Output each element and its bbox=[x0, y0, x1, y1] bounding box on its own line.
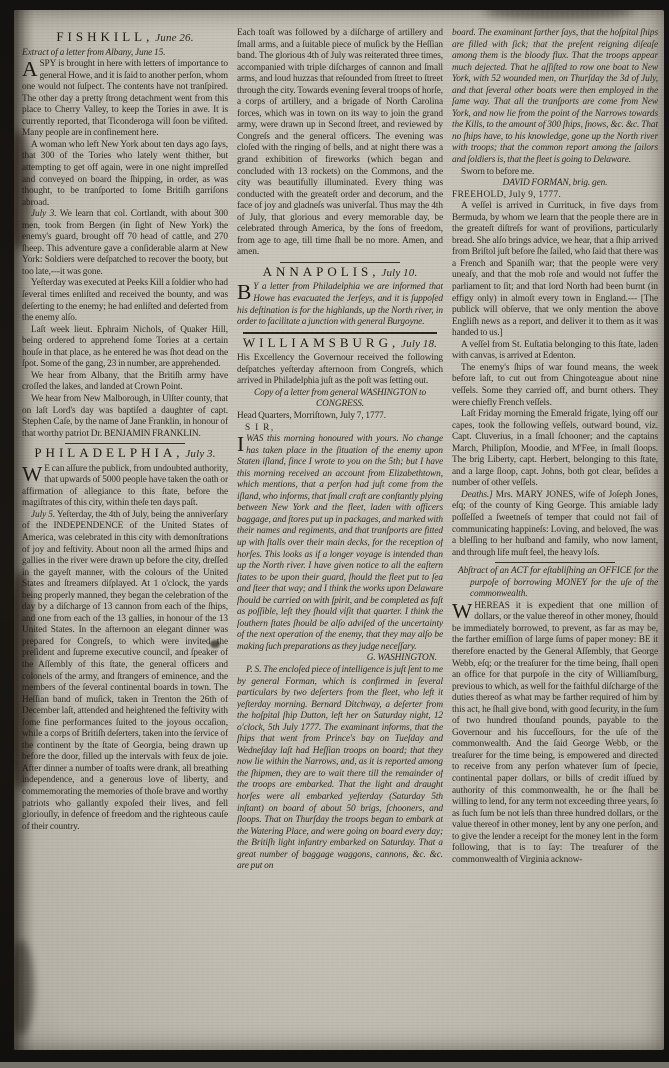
scan-edge bbox=[0, 1062, 669, 1068]
news-paragraph: IWAS this morning honoured with yours. N… bbox=[237, 434, 443, 653]
paragraph-lead: July 3. bbox=[31, 209, 56, 219]
headline-date: July 10. bbox=[381, 267, 417, 279]
paragraph-text: board. The examinant farther ſays, that … bbox=[452, 28, 658, 165]
paragraph-text: Laſt week lieut. Ephraim Nichols, of Qua… bbox=[22, 325, 228, 370]
section-headline: PHILADELPHIA, July 3. bbox=[22, 447, 228, 462]
paragraph-text: We learn that col. Cortlandt, with about… bbox=[22, 209, 228, 277]
section-headline: WILLIAMSBURG, July 18. bbox=[237, 337, 443, 352]
divider-rule bbox=[280, 262, 399, 263]
divider-rule bbox=[495, 562, 614, 563]
headline-place: ANNAPOLIS, bbox=[263, 264, 380, 279]
paragraph-text: Yeſterday was executed at Peeks Kill a ſ… bbox=[22, 278, 228, 323]
paragraph-text: Yeſterday, the 4th of July, being the an… bbox=[22, 510, 228, 832]
paragraph-text: SPY is brought in here with letters of i… bbox=[22, 59, 228, 138]
headline-place: PHILADELPHIA, bbox=[34, 445, 183, 460]
signature: G. WASHINGTON. bbox=[237, 653, 443, 665]
aging-stain bbox=[484, 10, 634, 20]
news-paragraph: board. The examinant farther ſays, that … bbox=[452, 28, 658, 167]
byline: Extract of a letter from Albany, June 15… bbox=[22, 48, 228, 60]
headline-place: FISHKILL, bbox=[56, 29, 153, 44]
news-paragraph: The enemy's ſhips of war found means, th… bbox=[452, 363, 658, 409]
drop-cap: I bbox=[237, 434, 246, 454]
newspaper-page: FISHKILL, June 26.Extract of a letter fr… bbox=[0, 0, 669, 1068]
paragraph-lead: P. S. bbox=[246, 665, 261, 675]
news-paragraph: We hear from New Malborough, in Ulſter c… bbox=[22, 394, 228, 440]
paragraph-text: We hear from Albany, that the Britiſh ar… bbox=[22, 371, 228, 393]
letter-caption: Copy of a letter from general WASHINGTON… bbox=[237, 388, 443, 411]
news-paragraph: WHEREAS it is expedient that one million… bbox=[452, 601, 658, 867]
paragraph-text: A veſſel is arrived in Currituck, in fiv… bbox=[452, 201, 658, 338]
paragraph-text: Mrs. MARY JONES, wife of Joſeph Jones, e… bbox=[452, 490, 658, 558]
headline-date: July 18. bbox=[401, 338, 437, 350]
news-paragraph: His Excellency the Governour received th… bbox=[237, 353, 443, 388]
paragraph-text: The enemy's ſhips of war found means, th… bbox=[452, 363, 658, 408]
paragraph-text: DAVID FORMAN, brig. gen. bbox=[503, 178, 608, 188]
paragraph-lead: Deaths.] bbox=[461, 490, 493, 500]
paragraph-text: Extract of a letter from Albany, June 15… bbox=[22, 48, 165, 58]
paragraph-text: Laſt Friday morning the Emerald frigate,… bbox=[452, 409, 658, 488]
news-paragraph: A woman who left New York about ten days… bbox=[22, 140, 228, 209]
paragraph-text: WAS this morning honoured with yours. No… bbox=[237, 434, 443, 652]
paragraph-text: E can aſſure the publick, from undoubted… bbox=[22, 464, 228, 509]
salutation: S I R, bbox=[237, 423, 443, 435]
drop-cap: B bbox=[237, 282, 253, 302]
news-paragraph: WE can aſſure the publick, from undoubte… bbox=[22, 464, 228, 510]
news-paragraph: Laſt Friday morning the Emerald frigate,… bbox=[452, 409, 658, 490]
column-left: FISHKILL, June 26.Extract of a letter fr… bbox=[22, 28, 228, 1048]
columns-container: FISHKILL, June 26.Extract of a letter fr… bbox=[22, 28, 658, 1048]
column-right: board. The examinant farther ſays, that … bbox=[452, 28, 658, 1048]
drop-cap: W bbox=[452, 601, 474, 621]
paragraph-text: A veſſel from St. Euſtatia belonging to … bbox=[452, 340, 658, 362]
drop-cap: W bbox=[22, 464, 44, 484]
news-paragraph: Deaths.] Mrs. MARY JONES, wife of Joſeph… bbox=[452, 490, 658, 559]
signature: DAVID FORMAN, brig. gen. bbox=[452, 178, 658, 190]
letter-dateline: Head Quarters, Morriſtown, July 7, 1777. bbox=[237, 411, 443, 423]
paper-sheet: FISHKILL, June 26.Extract of a letter fr… bbox=[14, 10, 664, 1050]
news-paragraph: We hear from Albany, that the Britiſh ar… bbox=[22, 371, 228, 394]
column-middle: Each toaſt was followed by a diſcharge o… bbox=[237, 28, 443, 1048]
paragraph-text: We hear from New Malborough, in Ulſter c… bbox=[22, 394, 228, 439]
headline-date: July 3. bbox=[185, 448, 215, 460]
drop-cap: A bbox=[22, 59, 39, 79]
paragraph-text: Head Quarters, Morriſtown, July 7, 1777. bbox=[237, 411, 386, 421]
news-paragraph: July 5. Yeſterday, the 4th of July, bein… bbox=[22, 510, 228, 833]
act-heading: Abſtract of an ACT for eſtabliſhing an O… bbox=[452, 566, 658, 601]
news-paragraph: A veſſel from St. Euſtatia belonging to … bbox=[452, 340, 658, 363]
paragraph-text: G. WASHINGTON. bbox=[367, 653, 437, 663]
divider-rule bbox=[65, 443, 184, 444]
dateline: FREEHOLD, July 9, 1777. bbox=[452, 190, 658, 202]
paragraph-text: Each toaſt was followed by a diſcharge o… bbox=[237, 28, 443, 257]
paragraph-text: A woman who left New York about ten days… bbox=[22, 140, 228, 208]
news-paragraph: BY a letter from Philadelphia we are inf… bbox=[237, 282, 443, 328]
paragraph-text: S I R, bbox=[245, 423, 275, 433]
news-paragraph: P. S. The encloſed piece of intelligence… bbox=[237, 665, 443, 873]
paragraph-text: His Excellency the Governour received th… bbox=[237, 353, 443, 386]
oath-line: Sworn to before me. bbox=[452, 167, 658, 179]
paragraph-text: Sworn to before me. bbox=[461, 167, 534, 177]
divider-rule bbox=[243, 332, 437, 334]
news-paragraph: Laſt week lieut. Ephraim Nichols, of Qua… bbox=[22, 325, 228, 371]
paragraph-text: HEREAS it is expedient that one million … bbox=[452, 601, 658, 865]
news-paragraph: Each toaſt was followed by a diſcharge o… bbox=[237, 28, 443, 259]
news-paragraph: July 3. We learn that col. Cortlandt, wi… bbox=[22, 209, 228, 278]
paragraph-text: FREEHOLD, July 9, 1777. bbox=[452, 190, 561, 200]
news-paragraph: Yeſterday was executed at Peeks Kill a ſ… bbox=[22, 278, 228, 324]
paragraph-text: Copy of a letter from general WASHINGTON… bbox=[254, 388, 426, 410]
paragraph-text: Abſtract of an ACT for eſtabliſhing an O… bbox=[458, 566, 658, 599]
headline-date: June 26. bbox=[155, 32, 193, 44]
section-headline: FISHKILL, June 26. bbox=[22, 31, 228, 46]
news-paragraph: ASPY is brought in here with letters of … bbox=[22, 59, 228, 140]
news-paragraph: A veſſel is arrived in Currituck, in fiv… bbox=[452, 201, 658, 340]
paragraph-text: The encloſed piece of intelligence is ju… bbox=[237, 665, 443, 871]
section-headline: ANNAPOLIS, July 10. bbox=[237, 266, 443, 281]
paragraph-text: Y a letter from Philadelphia we are info… bbox=[237, 282, 443, 327]
paragraph-lead: July 5. bbox=[31, 510, 55, 520]
headline-place: WILLIAMSBURG, bbox=[243, 335, 399, 350]
